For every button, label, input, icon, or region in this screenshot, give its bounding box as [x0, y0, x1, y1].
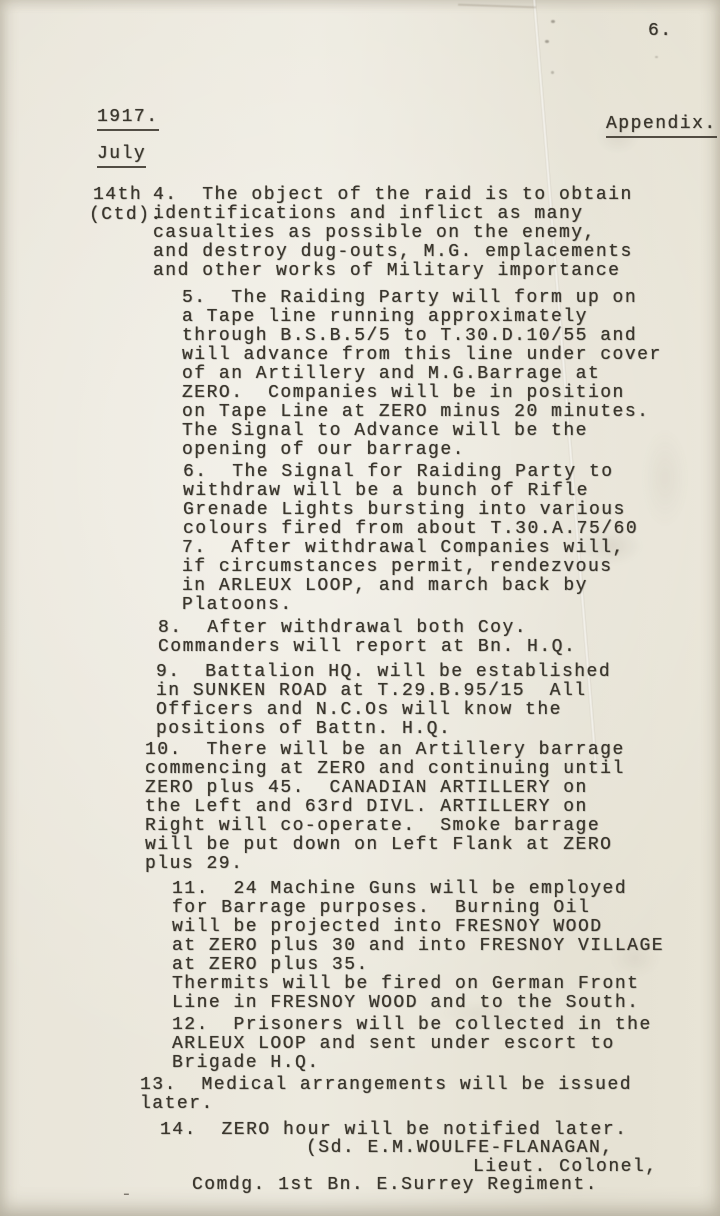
scratch-mark: [458, 4, 536, 9]
paragraph-8: 8. After withdrawal both Coy. Commanders…: [158, 619, 576, 657]
margin-note-day: 14th: [93, 186, 142, 205]
paper-speck: [655, 56, 658, 58]
paragraph-11: 11. 24 Machine Guns will be employed for…: [172, 880, 664, 1013]
signature-command-line: Comdg. 1st Bn. E.Surrey Regiment.: [192, 1176, 598, 1195]
paper-speck: [551, 20, 555, 23]
stray-mark: -: [121, 1186, 133, 1205]
paragraph-13: 13. Medical arrangements will be issued …: [140, 1076, 632, 1114]
paragraph-10: 10. There will be an Artillery barrage c…: [145, 741, 625, 874]
signature-signed-line: (Sd. E.M.WOULFE-FLANAGAN,: [306, 1139, 614, 1158]
appendix-heading: Appendix.: [606, 114, 717, 138]
paragraph-6: 6. The Signal for Raiding Party to withd…: [183, 463, 638, 539]
paragraph-4: 4. The object of the raid is to obtain i…: [153, 186, 633, 281]
margin-note-continued: (Ctd).: [89, 206, 163, 225]
paragraph-7: 7. After withdrawal Companies will, if c…: [182, 539, 625, 615]
paper-speck: [551, 71, 554, 74]
paper-speck: [545, 40, 549, 43]
paragraph-5: 5. The Raiding Party will form up on a T…: [182, 289, 662, 460]
year-heading: 1917.: [97, 107, 159, 131]
paragraph-12: 12. Prisoners will be collected in the A…: [172, 1016, 652, 1073]
paragraph-9: 9. Battalion HQ. will be established in …: [156, 663, 611, 739]
page-number: 6.: [648, 22, 673, 41]
scanned-document-page: 6. 1917. Appendix. July 14th (Ctd). 4. T…: [0, 0, 720, 1216]
month-heading: July: [97, 144, 146, 168]
